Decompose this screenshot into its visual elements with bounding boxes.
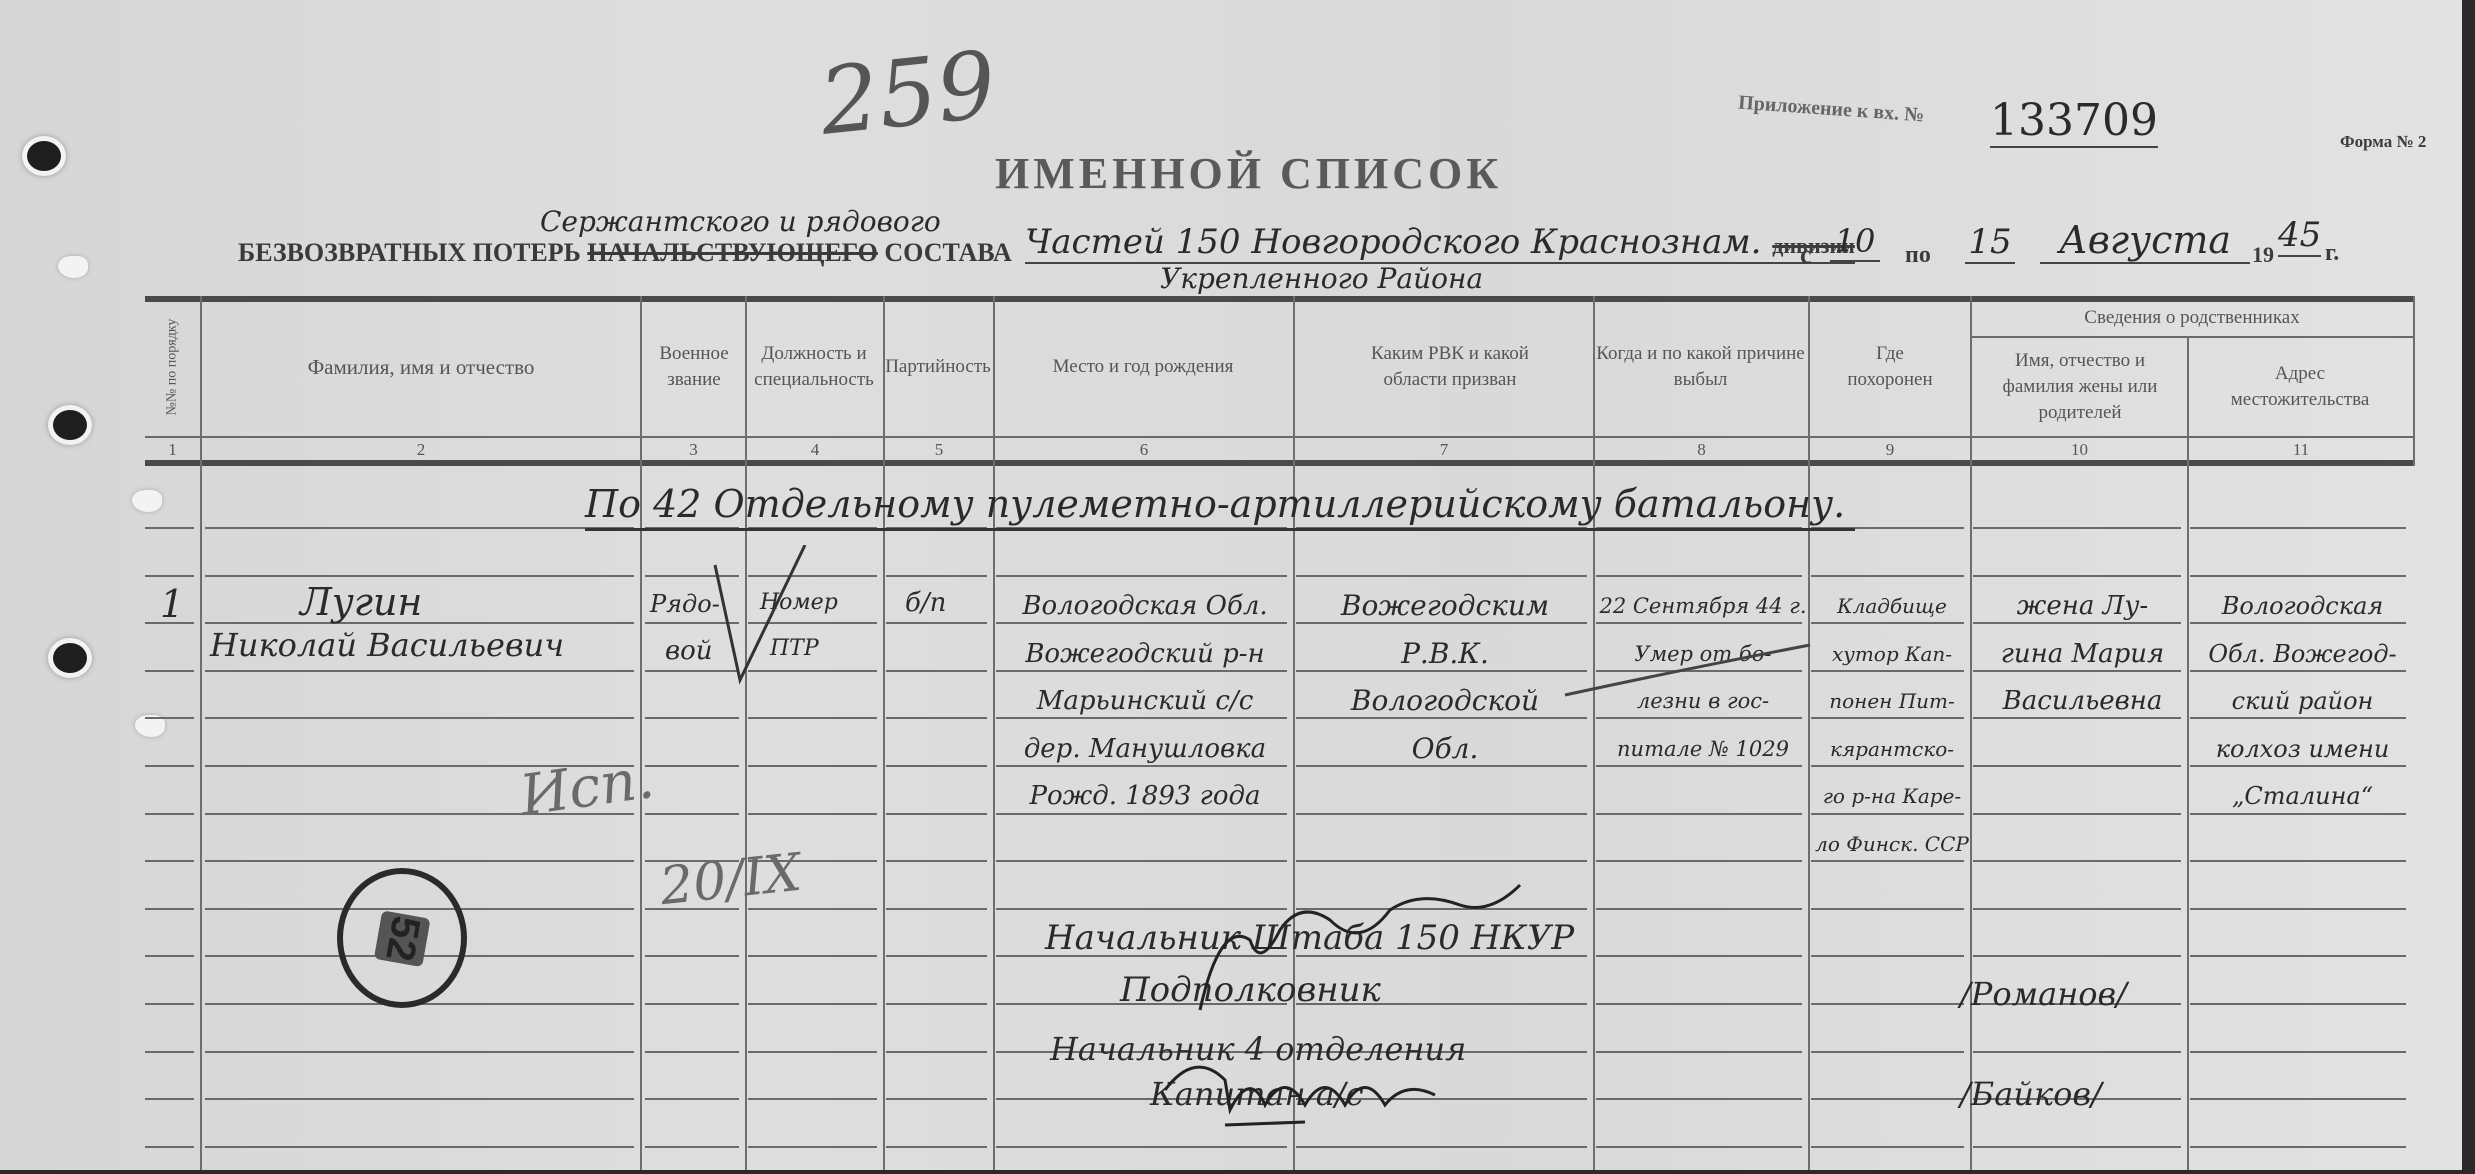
col-divider <box>640 296 642 1170</box>
row-rule <box>886 670 987 672</box>
date-to-label: по <box>1905 242 1931 269</box>
cell-line: Васильевна <box>1975 681 2190 729</box>
form-label: Форма № 2 <box>2340 132 2426 152</box>
record-burial-place: Кладбищехутор Кап-понен Пит-кярантско-го… <box>1812 586 1972 872</box>
cell-line: ло Финск. ССР <box>1812 824 1972 872</box>
date-to: 15 <box>1965 222 2015 264</box>
row-rule <box>145 1051 194 1053</box>
binding-hole <box>48 405 92 445</box>
incoming-number: 133709 <box>1990 95 2158 148</box>
cell-line: Вологодской <box>1300 681 1590 729</box>
subtitle-suffix: СОСТАВА <box>884 238 1011 267</box>
cell-line: Кладбище <box>1812 586 1972 634</box>
row-rule <box>886 813 987 815</box>
row-rule <box>645 1051 739 1053</box>
record-address: ВологодскаяОбл. Вожегод-ский районколхоз… <box>2195 586 2410 824</box>
row-rule <box>1973 575 2181 577</box>
row-rule <box>1596 813 1802 815</box>
row-rule <box>1596 575 1802 577</box>
check-mark-icon <box>700 545 820 685</box>
cell-line: ский район <box>2195 681 2410 729</box>
archive-number: 259 <box>815 31 1001 156</box>
cell-line: дер. Манушловка <box>1000 729 1290 777</box>
cell-line: гина Мария <box>1975 634 2190 682</box>
row-rule <box>145 670 194 672</box>
row-rule <box>205 1098 634 1100</box>
row-rule <box>205 527 634 529</box>
col-number: 10 <box>1972 440 2187 460</box>
cell-line: Марьинский с/с <box>1000 681 1290 729</box>
row-rule <box>1973 908 2181 910</box>
row-rule <box>886 575 987 577</box>
cell-line: Вожегодским <box>1300 586 1590 634</box>
row-rule <box>145 813 194 815</box>
row-rule <box>145 527 194 529</box>
col-number: 8 <box>1595 440 1808 460</box>
row-rule <box>886 908 987 910</box>
row-rule <box>748 1051 877 1053</box>
row-rule <box>1596 1098 1802 1100</box>
row-rule <box>748 813 877 815</box>
row-rule <box>1296 860 1587 862</box>
header-number-divider <box>145 436 2415 438</box>
subtitle-struck: НАЧАЛЬСТВУЮЩЕГО <box>587 238 878 267</box>
row-rule <box>2190 1003 2406 1005</box>
row-rule <box>1296 575 1587 577</box>
row-rule <box>1973 765 2181 767</box>
row-rule <box>645 1098 739 1100</box>
signature-scribble <box>1190 880 1530 1020</box>
col-divider <box>1808 296 1810 1170</box>
binding-hole <box>48 638 92 678</box>
col-number: 7 <box>1295 440 1593 460</box>
row-rule <box>645 955 739 957</box>
col-header-3: Военное звание <box>645 300 743 434</box>
document-page: 259 Приложение к вх. № 133709 Форма № 2 … <box>0 0 2462 1170</box>
row-rule <box>205 860 634 862</box>
row-rule <box>1596 860 1802 862</box>
pencil-note-date: 20/IX <box>657 843 804 917</box>
unit-line-2: Укрепленного Района <box>1160 262 1483 295</box>
group-header-relatives: Сведения о родственниках <box>1972 300 2412 336</box>
col-header-5: Партийность <box>885 300 991 434</box>
col-number: 3 <box>642 440 745 460</box>
col-header-10: Имя, отчество и фамилия жены или родител… <box>1985 338 2175 436</box>
row-rule <box>1811 575 1964 577</box>
record-surname: Лугин <box>300 580 422 624</box>
paper-tear <box>132 490 162 512</box>
row-rule <box>145 765 194 767</box>
cell-line: кярантско- <box>1812 729 1972 777</box>
row-rule <box>145 1003 194 1005</box>
row-rule <box>145 860 194 862</box>
cell-line: Обл. <box>1300 729 1590 777</box>
col-number: 1 <box>145 440 200 460</box>
binding-hole <box>22 136 66 176</box>
row-rule <box>205 670 634 672</box>
stamp-text: 52 <box>374 910 431 966</box>
record-name-patronymic: Николай Васильевич <box>210 626 564 664</box>
row-rule <box>645 1003 739 1005</box>
row-rule <box>1811 1051 1964 1053</box>
row-rule <box>2190 908 2406 910</box>
row-rule <box>1296 1146 1587 1148</box>
row-rule <box>748 717 877 719</box>
signer-1: /Романов/ <box>1960 975 2127 1013</box>
header-bottom-border <box>145 460 2415 466</box>
subtitle-inserted: Сержантского и рядового <box>540 205 941 238</box>
row-rule <box>1596 1051 1802 1053</box>
row-rule <box>2190 860 2406 862</box>
row-rule <box>886 717 987 719</box>
year-label: г. <box>2325 240 2339 267</box>
row-rule <box>886 1098 987 1100</box>
row-rule <box>205 575 634 577</box>
row-rule <box>748 1098 877 1100</box>
col-header-7: Каким РВК и какой области призван <box>1300 300 1550 434</box>
record-rvk: ВожегодскимР.В.К.ВологодскойОбл. <box>1300 586 1590 776</box>
row-rule <box>205 1146 634 1148</box>
unit-handwritten: Частей 150 Новгородского Краснознам. <box>1025 222 1761 262</box>
row-rule <box>748 908 877 910</box>
cell-line: колхоз имени <box>2195 729 2410 777</box>
row-rule <box>2190 955 2406 957</box>
col-header-11: Адрес местожительства <box>2240 338 2360 436</box>
col-divider <box>2413 296 2415 466</box>
cell-line: жена Лу- <box>1975 586 2190 634</box>
row-rule <box>205 717 634 719</box>
section-title: По 42 Отдельному пулеметно-артиллерийско… <box>585 482 1855 531</box>
row-rule <box>996 860 1287 862</box>
subtitle-line: БЕЗВОЗВРАТНЫХ ПОТЕРЬ НАЧАЛЬСТВУЮЩЕГО СОС… <box>238 238 1012 268</box>
cell-line: 22 Сентября 44 г. <box>1598 586 1808 634</box>
row-rule <box>645 765 739 767</box>
circle-stamp: 52 <box>337 868 467 1008</box>
row-rule <box>886 622 987 624</box>
row-rule <box>1596 955 1802 957</box>
row-rule <box>1811 908 1964 910</box>
row-rule <box>1973 527 2181 529</box>
row-rule <box>1973 860 2181 862</box>
cell-line: Рожд. 1893 года <box>1000 776 1290 824</box>
row-rule <box>2190 575 2406 577</box>
record-birthplace: Вологодская Обл.Вожегодский р-нМарьински… <box>1000 586 1290 824</box>
row-rule <box>2190 1146 2406 1148</box>
row-rule <box>886 955 987 957</box>
row-rule <box>205 1051 634 1053</box>
col-header-4: Должность и специальность <box>747 300 881 434</box>
cell-line: Обл. Вожегод- <box>2195 634 2410 682</box>
cell-line: понен Пит- <box>1812 681 1972 729</box>
row-rule <box>145 1146 194 1148</box>
unit-name: Частей 150 Новгородского Краснознам. див… <box>1025 222 1855 264</box>
row-rule <box>996 575 1287 577</box>
row-rule <box>886 765 987 767</box>
cell-line: хутор Кап- <box>1812 634 1972 682</box>
row-rule <box>1811 1003 1964 1005</box>
cell-line: Вожегодский р-н <box>1000 634 1290 682</box>
date-from-label: с <box>1800 240 1812 270</box>
subtitle-printed: БЕЗВОЗВРАТНЫХ ПОТЕРЬ <box>238 238 581 267</box>
row-rule <box>2190 1098 2406 1100</box>
year-suffix: 45 <box>2278 215 2321 257</box>
row-rule <box>2190 527 2406 529</box>
row-rule <box>748 1146 877 1148</box>
row-rule <box>1973 813 2181 815</box>
cell-line: питале № 1029 <box>1598 729 1808 777</box>
col-number: 6 <box>995 440 1293 460</box>
row-rule <box>1973 1051 2181 1053</box>
col-number: 5 <box>885 440 993 460</box>
row-rule <box>145 908 194 910</box>
cell-line: „Сталина“ <box>2195 776 2410 824</box>
pencil-note-executed: Исп. <box>516 746 658 829</box>
date-month: Августа <box>2040 218 2250 264</box>
pen-stroke <box>1560 640 1820 700</box>
signature-scribble-2 <box>1155 1040 1455 1130</box>
row-rule <box>886 1051 987 1053</box>
year-prefix: 19 <box>2252 242 2274 268</box>
row-rule <box>645 717 739 719</box>
row-rule <box>1596 908 1802 910</box>
row-rule <box>748 765 877 767</box>
signer-2: /Байков/ <box>1960 1075 2102 1113</box>
row-rule <box>145 717 194 719</box>
col-number: 11 <box>2189 440 2413 460</box>
col-number: 9 <box>1810 440 1970 460</box>
record-party: б/п <box>905 588 946 618</box>
incoming-stamp-label: Приложение к вх. № <box>1737 92 1925 128</box>
col-divider <box>2187 336 2189 1170</box>
row-rule <box>1811 955 1964 957</box>
row-rule <box>1596 1003 1802 1005</box>
row-rule <box>996 1146 1287 1148</box>
cell-line: Р.В.К. <box>1300 634 1590 682</box>
col-header-2: Фамилия, имя и отчество <box>202 300 640 434</box>
row-rule <box>145 1098 194 1100</box>
col-number: 4 <box>747 440 883 460</box>
col-header-1: №№ по порядку <box>145 300 200 434</box>
row-rule <box>2190 1051 2406 1053</box>
cell-line: Вологодская Обл. <box>1000 586 1290 634</box>
row-rule <box>1596 1146 1802 1148</box>
row-rule <box>1296 813 1587 815</box>
paper-tear <box>58 256 88 278</box>
row-rule <box>645 813 739 815</box>
row-rule <box>886 1003 987 1005</box>
row-rule <box>748 1003 877 1005</box>
row-rule <box>886 860 987 862</box>
col-header-8: Когда и по какой причине выбыл <box>1595 300 1806 434</box>
record-number: 1 <box>160 582 184 626</box>
col-header-6: Место и год рождения <box>995 300 1291 434</box>
row-rule <box>748 955 877 957</box>
row-rule <box>645 1146 739 1148</box>
row-rule <box>1973 1146 2181 1148</box>
row-rule <box>145 955 194 957</box>
cell-line: Вологодская <box>2195 586 2410 634</box>
row-rule <box>1973 955 2181 957</box>
col-header-9: Где похоронен <box>1840 300 1940 434</box>
row-rule <box>1811 1098 1964 1100</box>
row-rule <box>1811 1146 1964 1148</box>
row-rule <box>145 575 194 577</box>
col-number: 2 <box>202 440 640 460</box>
page-title: ИМЕННОЙ СПИСОК <box>995 148 1502 199</box>
date-from: 10 <box>1830 222 1880 262</box>
cell-line: го р-на Каре- <box>1812 776 1972 824</box>
record-relative: жена Лу-гина МарияВасильевна <box>1975 586 2190 729</box>
row-rule <box>886 1146 987 1148</box>
